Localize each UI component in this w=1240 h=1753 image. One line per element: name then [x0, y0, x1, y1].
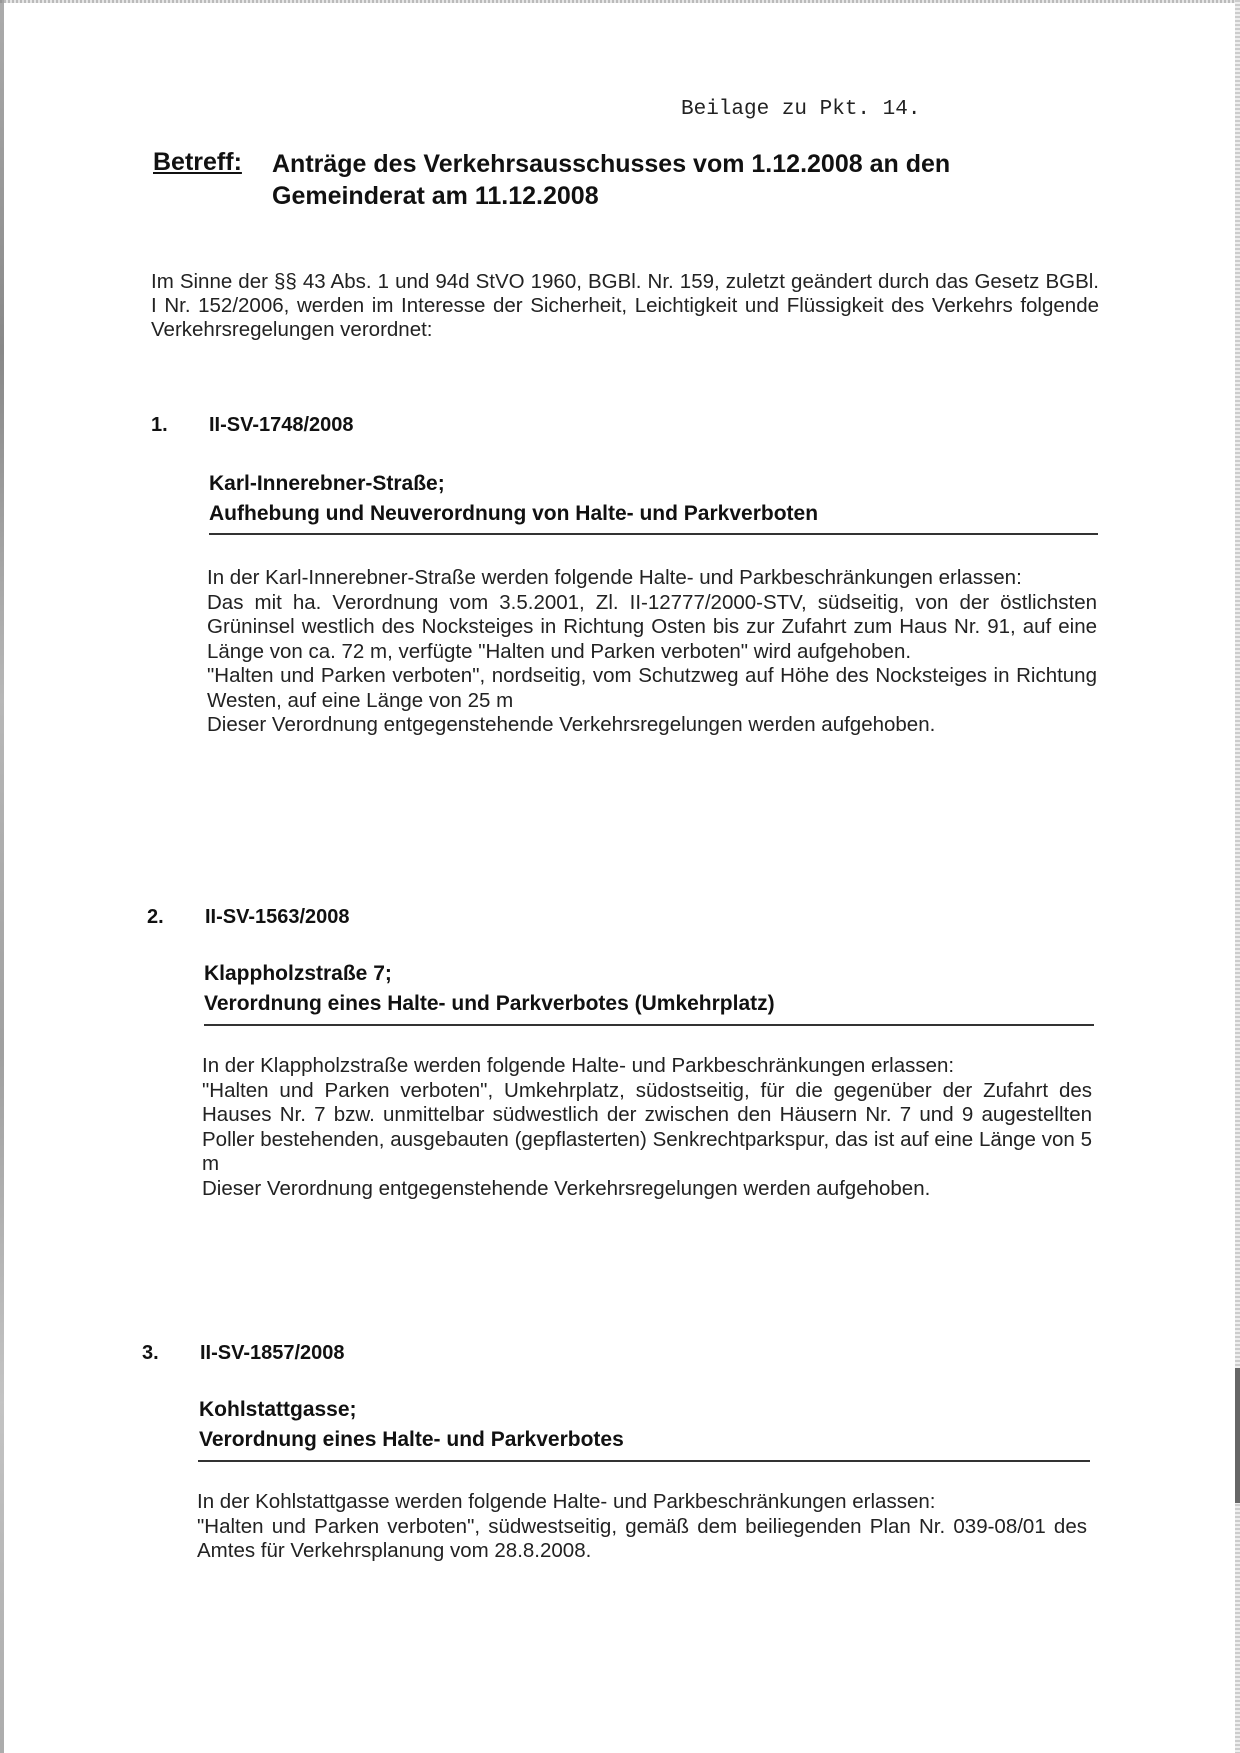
subject-title: Anträge des Verkehrsausschusses vom 1.12…	[272, 148, 1102, 212]
item-body: In der Karl-Innerebner-Straße werden fol…	[207, 566, 1097, 738]
item-number: 3.	[142, 1342, 159, 1365]
item-divider	[209, 533, 1098, 535]
body-paragraph: In der Klappholzstraße werden folgende H…	[202, 1054, 1092, 1079]
body-paragraph: "Halten und Parken verboten", südwestsei…	[197, 1515, 1087, 1564]
item-street: Kohlstattgasse;	[199, 1398, 357, 1422]
item-street: Karl-Innerebner-Straße;	[209, 472, 445, 496]
item-number: 1.	[151, 414, 168, 437]
item-code: II-SV-1563/2008	[205, 906, 350, 929]
item-code: II-SV-1748/2008	[209, 414, 354, 437]
scan-edge-top	[0, 0, 1240, 3]
scan-edge-shadow	[1235, 1368, 1240, 1503]
body-paragraph: Dieser Verordnung entgegenstehende Verke…	[202, 1177, 1092, 1202]
body-paragraph: In der Kohlstattgasse werden folgende Ha…	[197, 1490, 1087, 1515]
item-subject: Aufhebung und Neuverordnung von Halte- u…	[209, 502, 818, 526]
item-subject: Verordnung eines Halte- und Parkverbotes	[199, 1428, 624, 1452]
intro-paragraph: Im Sinne der §§ 43 Abs. 1 und 94d StVO 1…	[151, 270, 1099, 342]
item-code: II-SV-1857/2008	[200, 1342, 345, 1365]
scan-edge-left	[0, 0, 4, 1753]
item-body: In der Klappholzstraße werden folgende H…	[202, 1054, 1092, 1201]
item-divider	[204, 1024, 1094, 1026]
attachment-note: Beilage zu Pkt. 14.	[681, 98, 920, 121]
body-paragraph: "Halten und Parken verboten", Umkehrplat…	[202, 1079, 1092, 1177]
item-street: Klappholzstraße 7;	[204, 962, 392, 986]
body-paragraph: Dieser Verordnung entgegenstehende Verke…	[207, 713, 1097, 738]
item-divider	[198, 1460, 1090, 1462]
subject-label: Betreff:	[153, 148, 242, 177]
body-paragraph: "Halten und Parken verboten", nordseitig…	[207, 664, 1097, 713]
item-body: In der Kohlstattgasse werden folgende Ha…	[197, 1490, 1087, 1564]
body-paragraph: In der Karl-Innerebner-Straße werden fol…	[207, 566, 1097, 591]
item-subject: Verordnung eines Halte- und Parkverbotes…	[204, 992, 775, 1016]
item-number: 2.	[147, 906, 164, 929]
scanned-document-page: Beilage zu Pkt. 14. Betreff: Anträge des…	[0, 0, 1240, 1753]
body-paragraph: Das mit ha. Verordnung vom 3.5.2001, Zl.…	[207, 591, 1097, 665]
